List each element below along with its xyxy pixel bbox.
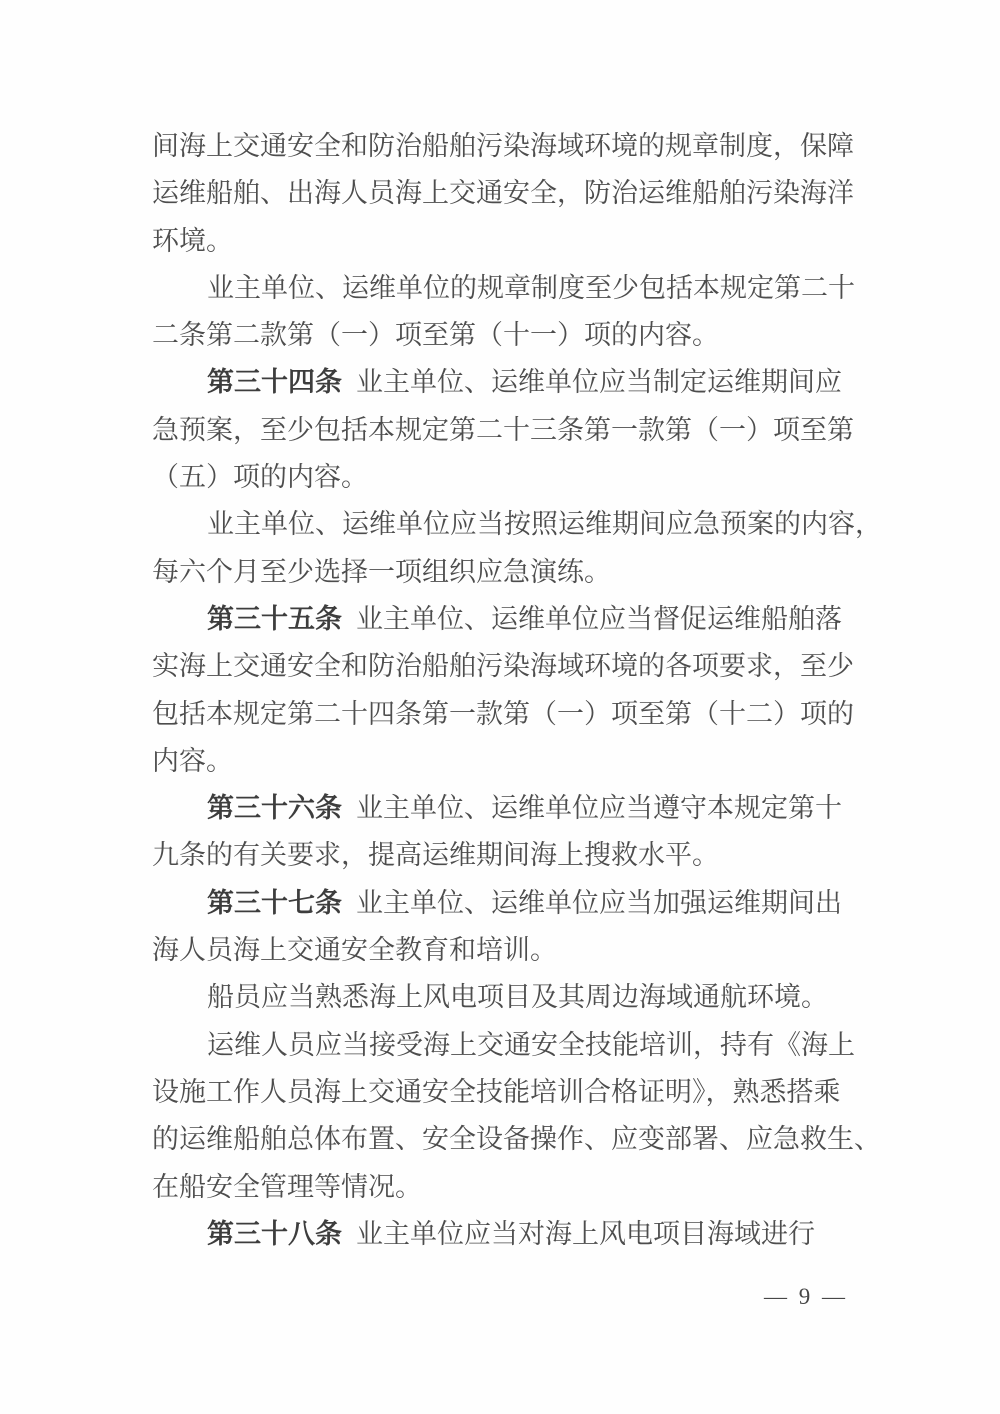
text-line: 包括本规定第二十四条第一款第（一）项至第（十二）项的 xyxy=(152,691,858,738)
text-line: 运维人员应当接受海上交通安全技能培训，持有《海上 xyxy=(152,1022,858,1069)
article-number-37: 第三十七条 xyxy=(207,888,342,918)
article-line: 第三十四条业主单位、运维单位应当制定运维期间应 xyxy=(152,359,858,406)
article-text: 业主单位、运维单位应当制定运维期间应 xyxy=(356,367,842,397)
text-line: 环境。 xyxy=(152,218,858,265)
page-number: — 9 — xyxy=(764,1284,848,1310)
article-line: 第三十八条业主单位应当对海上风电项目海域进行 xyxy=(152,1211,858,1258)
text-line: 在船安全管理等情况。 xyxy=(152,1164,858,1211)
document-body: 间海上交通安全和防治船舶污染海域环境的规章制度，保障 运维船舶、出海人员海上交通… xyxy=(152,123,858,1258)
text-line: 船员应当熟悉海上风电项目及其周边海域通航环境。 xyxy=(152,974,858,1021)
article-number-34: 第三十四条 xyxy=(207,367,342,397)
text-line: 每六个月至少选择一项组织应急演练。 xyxy=(152,549,858,596)
article-number-36: 第三十六条 xyxy=(207,793,342,823)
text-line: 设施工作人员海上交通安全技能培训合格证明》，熟悉搭乘 xyxy=(152,1069,858,1116)
text-line: 的运维船舶总体布置、安全设备操作、应变部署、应急救生、 xyxy=(152,1116,858,1163)
text-line: 内容。 xyxy=(152,738,858,785)
article-line: 第三十七条业主单位、运维单位应当加强运维期间出 xyxy=(152,880,858,927)
text-line: 二条第二款第（一）项至第（十一）项的内容。 xyxy=(152,312,858,359)
text-line: 急预案，至少包括本规定第二十三条第一款第（一）项至第 xyxy=(152,407,858,454)
text-line: 业主单位、运维单位的规章制度至少包括本规定第二十 xyxy=(152,265,858,312)
text-line: 业主单位、运维单位应当按照运维期间应急预案的内容， xyxy=(152,501,858,548)
article-text: 业主单位、运维单位应当督促运维船舶落 xyxy=(356,604,842,634)
text-line: 实海上交通安全和防治船舶污染海域环境的各项要求，至少 xyxy=(152,643,858,690)
document-page: 间海上交通安全和防治船舶污染海域环境的规章制度，保障 运维船舶、出海人员海上交通… xyxy=(0,0,1000,1414)
article-text: 业主单位应当对海上风电项目海域进行 xyxy=(356,1219,815,1249)
text-line: （五）项的内容。 xyxy=(152,454,858,501)
article-line: 第三十六条业主单位、运维单位应当遵守本规定第十 xyxy=(152,785,858,832)
text-line: 运维船舶、出海人员海上交通安全，防治运维船舶污染海洋 xyxy=(152,170,858,217)
text-line: 间海上交通安全和防治船舶污染海域环境的规章制度，保障 xyxy=(152,123,858,170)
text-line: 海人员海上交通安全教育和培训。 xyxy=(152,927,858,974)
article-number-35: 第三十五条 xyxy=(207,604,342,634)
text-line: 九条的有关要求，提高运维期间海上搜救水平。 xyxy=(152,832,858,879)
article-text: 业主单位、运维单位应当加强运维期间出 xyxy=(356,888,842,918)
article-line: 第三十五条业主单位、运维单位应当督促运维船舶落 xyxy=(152,596,858,643)
article-text: 业主单位、运维单位应当遵守本规定第十 xyxy=(356,793,842,823)
article-number-38: 第三十八条 xyxy=(207,1219,342,1249)
